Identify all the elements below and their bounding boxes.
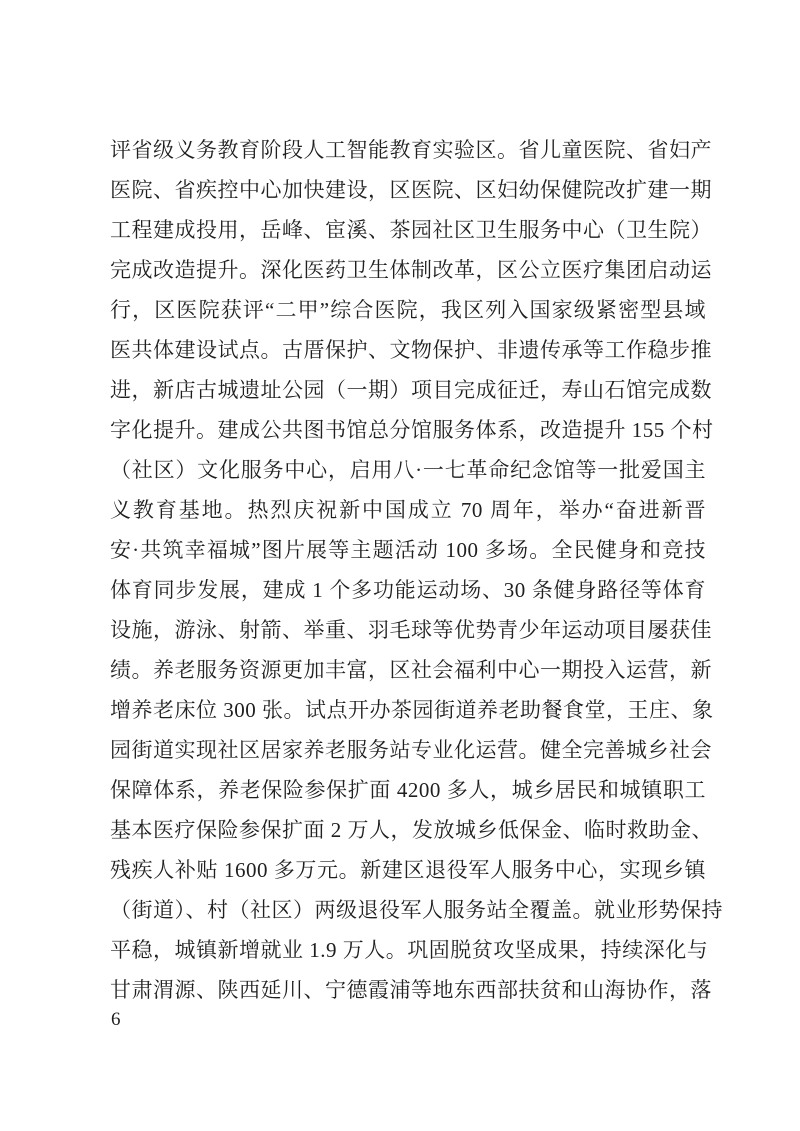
text-line: （街道）、村（社区）两级退役军人服务站全覆盖。就业形势保持	[110, 890, 706, 930]
text-line: 绩。养老服务资源更加丰富，区社会福利中心一期投入运营，新	[110, 650, 706, 690]
text-line: 安·共筑幸福城”图片展等主题活动 100 多场。全民健身和竞技	[110, 530, 706, 570]
text-line: 进，新店古城遗址公园（一期）项目完成征迁，寿山石馆完成数	[110, 370, 706, 410]
text-line: 义教育基地。热烈庆祝新中国成立 70 周年，举办“奋进新晋	[110, 490, 706, 530]
text-line: 增养老床位 300 张。试点开办茶园街道养老助餐食堂，王庄、象	[110, 690, 706, 730]
text-line: 行，区医院获评“二甲”综合医院，我区列入国家级紧密型县域	[110, 290, 706, 330]
body-text: 评省级义务教育阶段人工智能教育实验区。省儿童医院、省妇产 医院、省疾控中心加快建…	[110, 130, 706, 1010]
text-line: 基本医疗保险参保扩面 2 万人，发放城乡低保金、临时救助金、	[110, 810, 706, 850]
document-page: 评省级义务教育阶段人工智能教育实验区。省儿童医院、省妇产 医院、省疾控中心加快建…	[0, 0, 800, 1131]
text-line: 甘肃渭源、陕西延川、宁德霞浦等地东西部扶贫和山海协作，落	[110, 970, 706, 1010]
text-line: 平稳，城镇新增就业 1.9 万人。巩固脱贫攻坚成果，持续深化与	[110, 930, 706, 970]
text-line: 残疾人补贴 1600 多万元。新建区退役军人服务中心，实现乡镇	[110, 850, 706, 890]
text-line: 字化提升。建成公共图书馆总分馆服务体系，改造提升 155 个村	[110, 410, 706, 450]
text-line: 完成改造提升。深化医药卫生体制改革，区公立医疗集团启动运	[110, 250, 706, 290]
text-line: 评省级义务教育阶段人工智能教育实验区。省儿童医院、省妇产	[110, 130, 706, 170]
text-line: 保障体系，养老保险参保扩面 4200 多人，城乡居民和城镇职工	[110, 770, 706, 810]
text-line: （社区）文化服务中心，启用八·一七革命纪念馆等一批爱国主	[110, 450, 706, 490]
text-line: 医院、省疾控中心加快建设，区医院、区妇幼保健院改扩建一期	[110, 170, 706, 210]
text-line: 园街道实现社区居家养老服务站专业化运营。健全完善城乡社会	[110, 730, 706, 770]
text-line: 设施，游泳、射箭、举重、羽毛球等优势青少年运动项目屡获佳	[110, 610, 706, 650]
text-line: 医共体建设试点。古厝保护、文物保护、非遗传承等工作稳步推	[110, 330, 706, 370]
text-line: 工程建成投用，岳峰、宦溪、茶园社区卫生服务中心（卫生院）	[110, 210, 706, 250]
page-number: 6	[111, 1005, 121, 1035]
text-line: 体育同步发展，建成 1 个多功能运动场、30 条健身路径等体育	[110, 570, 706, 610]
